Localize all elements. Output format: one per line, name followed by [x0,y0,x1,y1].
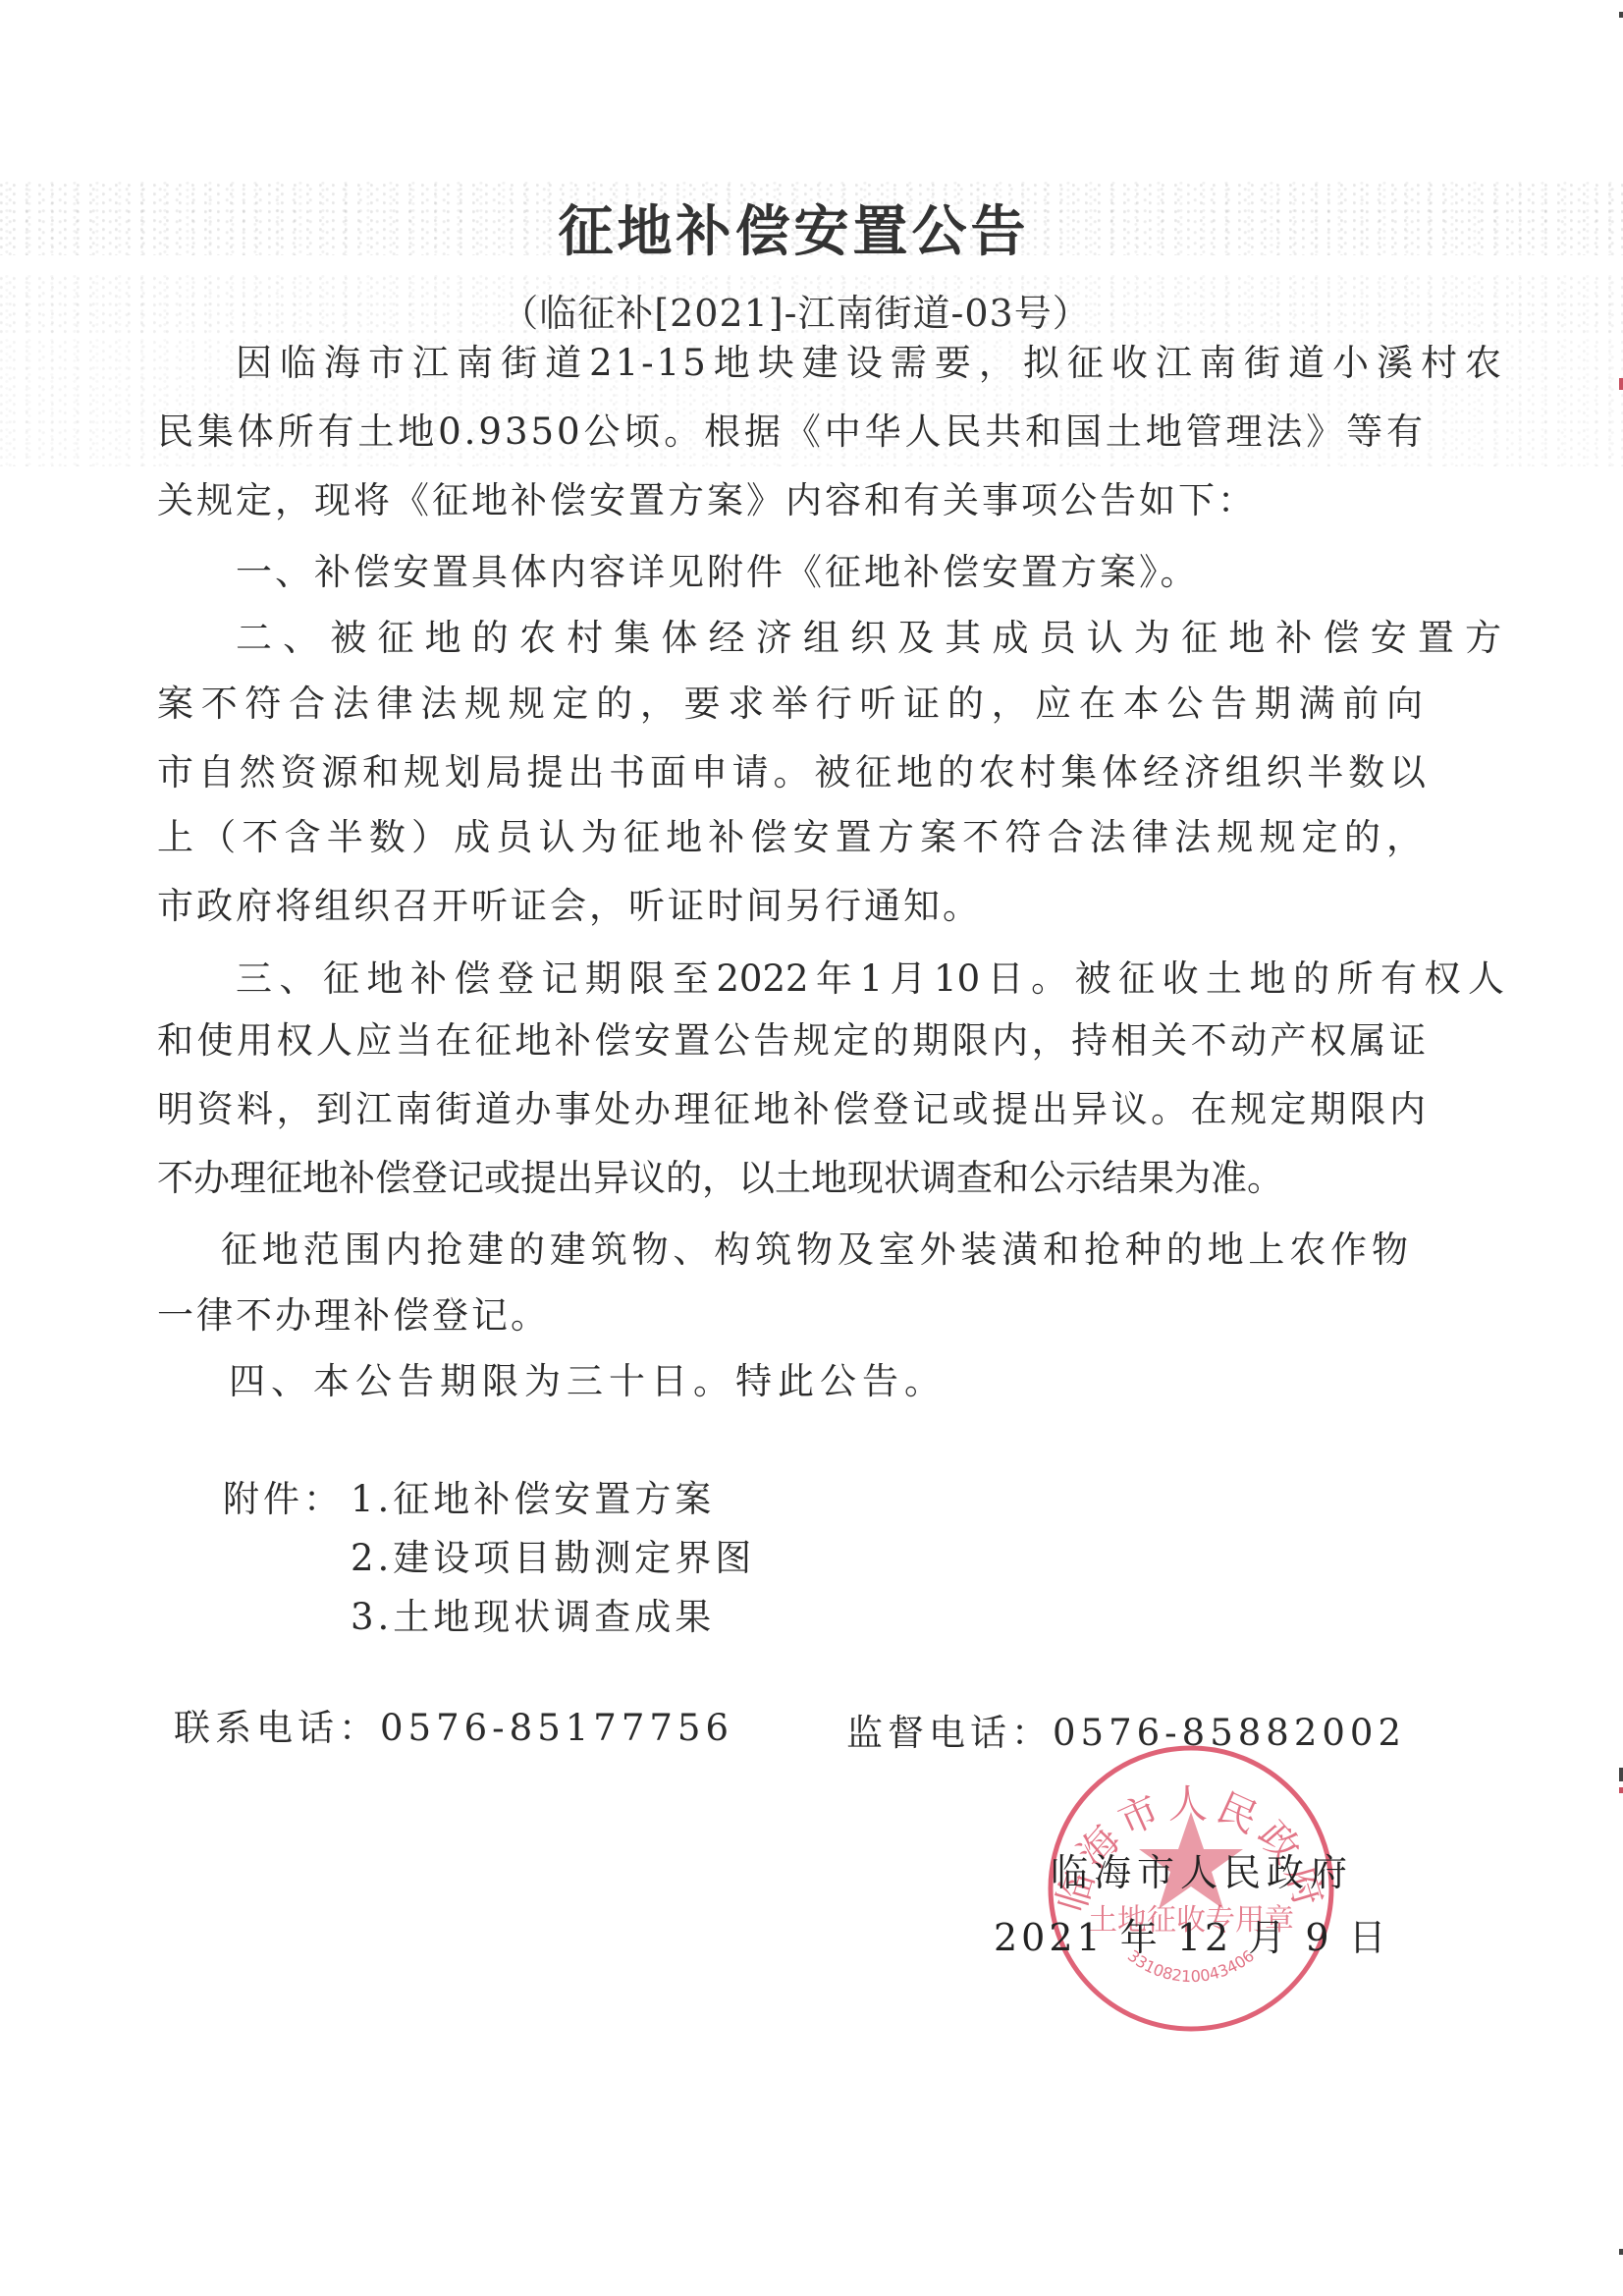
scan-edge-mark-red [1619,1787,1623,1793]
intro-line-2: 民集体所有土地0.9350公顷。根据《中华人民共和国土地管理法》等有 [157,410,1426,455]
scan-edge-mark [1619,1768,1623,1781]
section3-line-4: 不办理征地补偿登记或提出异议的，以土地现状调查和公示结果为准。 [157,1156,1434,1201]
section2-line-4: 上（不含半数）成员认为征地补偿安置方案不符合法律法规规定的， [157,815,1426,860]
section2-line-5: 市政府将组织召开听证会，听证时间另行通知。 [157,884,1434,929]
attachment-item-3: 3.土地现状调查成果 [351,1595,715,1640]
section3-line-1: 三、征地补偿登记期限至2022年1月10日。被征收土地的所有权人 [236,957,1504,1002]
section3-line-2: 和使用权人应当在征地补偿安置公告规定的期限内，持相关不动产权属证 [157,1018,1426,1064]
section1-line-1: 一、补偿安置具体内容详见附件《征地补偿安置方案》。 [236,550,1426,595]
section3-line-3: 明资料，到江南街道办事处办理征地补偿登记或提出异议。在规定期限内 [157,1087,1426,1132]
attachment-item-1: 1.征地补偿安置方案 [351,1477,715,1522]
attachment-item-2: 2.建设项目勘测定界图 [351,1536,755,1581]
document-number-text: （临征补[2021]-江南街道-03号） [501,283,1090,337]
section2-line-3: 市自然资源和规划局提出书面申请。被征地的农村集体经济组织半数以 [157,750,1426,795]
section2-line-1: 二、被征地的农村集体经济组织及其成员认为征地补偿安置方 [236,616,1504,661]
intro-line-1: 因临海市江南街道21-15地块建设需要，拟征收江南街道小溪村农 [236,341,1504,386]
scan-edge-mark [1619,2249,1623,2255]
document-number: （临征补[2021]-江南街道-03号） [0,283,1623,337]
scan-edge-mark-red [1619,378,1623,390]
issuer-name: 临海市人民政府 [1051,1850,1353,1895]
attachments-label: 附件： [223,1477,344,1522]
scan-edge-mark [1619,12,1623,18]
document-title-text: 征地补偿安置公告 [559,189,1030,267]
document-title: 征地补偿安置公告 [0,189,1623,267]
contact-phone: 联系电话：0576-85177756 [174,1706,733,1751]
issue-date: 2021 年 12 月 9 日 [994,1915,1390,1960]
section2-line-2: 案不符合法律法规规定的，要求举行听证的，应在本公告期满前向 [157,682,1426,727]
note-line-2: 一律不办理补偿登记。 [157,1293,1434,1339]
section4-line-1: 四、本公告期限为三十日。特此公告。 [229,1359,1505,1404]
intro-line-3: 关规定，现将《征地补偿安置方案》内容和有关事项公告如下： [157,478,1434,523]
note-line-1: 征地范围内抢建的建筑物、构筑物及室外装潢和抢种的地上农作物 [221,1228,1411,1273]
